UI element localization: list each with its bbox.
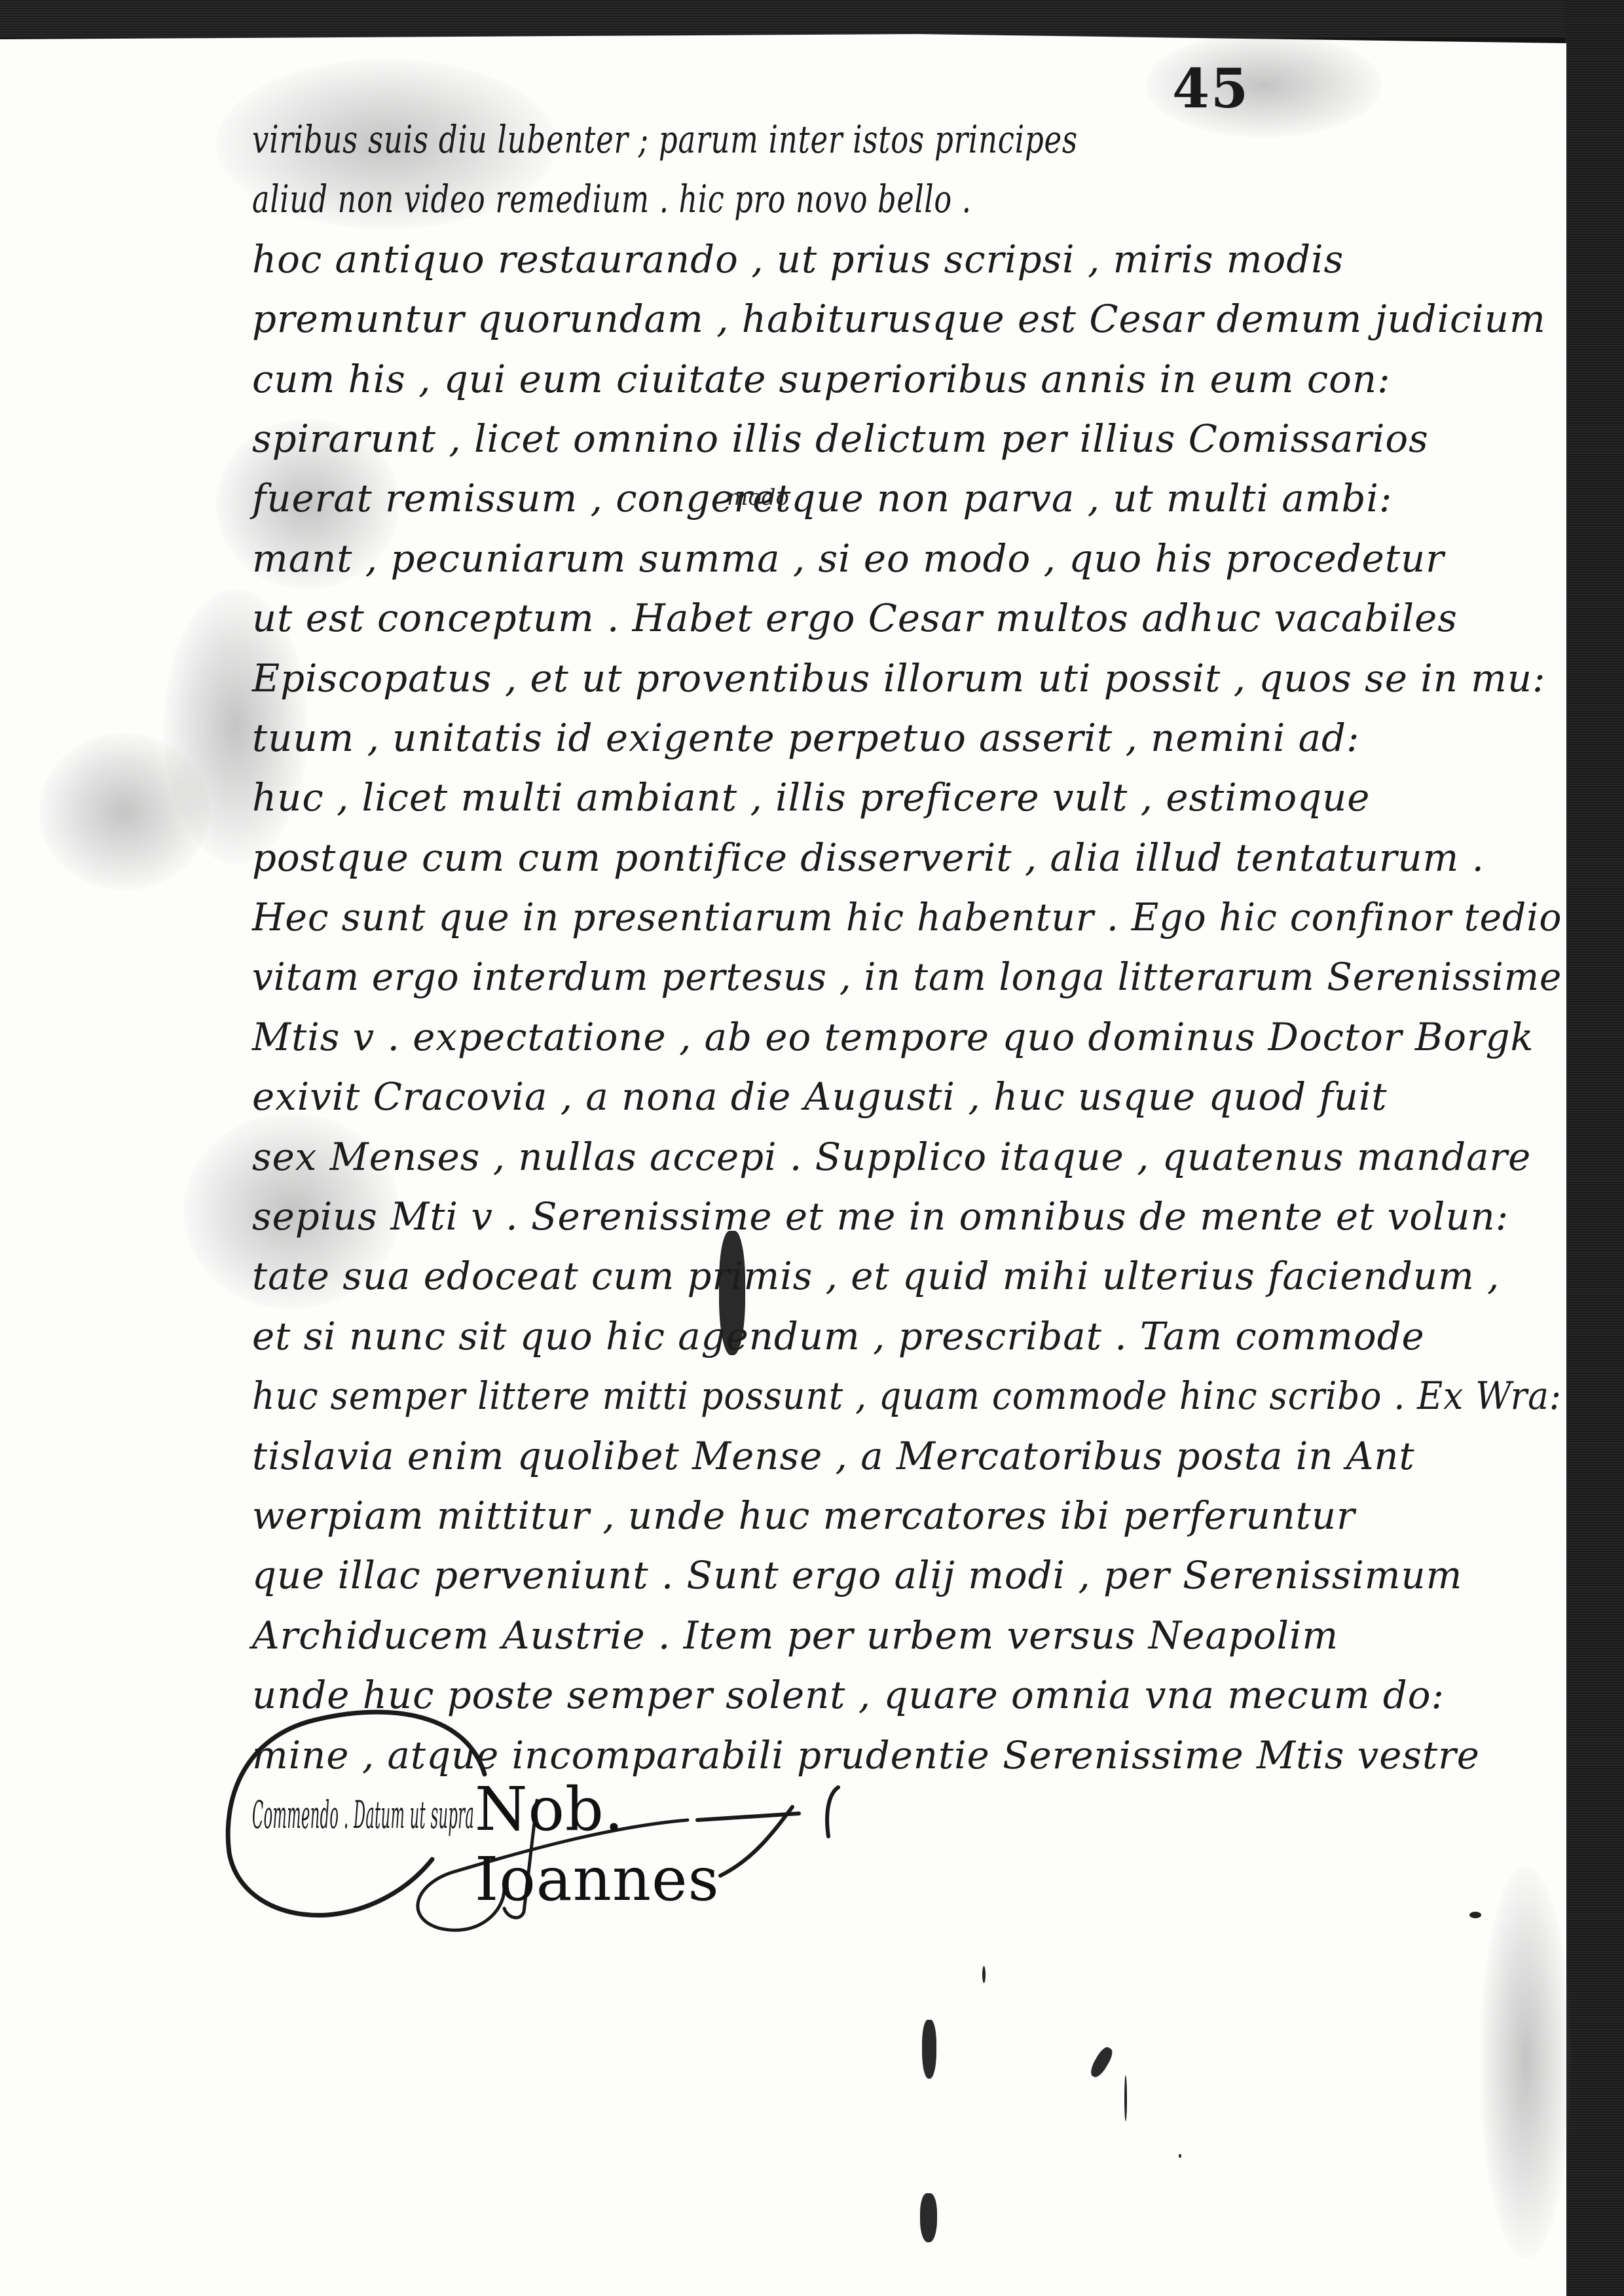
manuscript-line: Hec sunt que in presentiarum hic habentu… — [252, 888, 1538, 947]
scan-border-right — [1565, 0, 1624, 2296]
manuscript-line: spirarunt , licet omnino illis delictum … — [252, 409, 1562, 469]
manuscript-line: Episcopatus , et ut proventibus illorum … — [252, 649, 1562, 708]
manuscript-line: sex Menses , nullas accepi . Supplico it… — [252, 1127, 1562, 1187]
manuscript-line: postque cum cum pontifice disserverit , … — [252, 828, 1562, 888]
signature-name: Nob. Ioannes — [475, 1774, 884, 1914]
manuscript-line: vitam ergo interdum pertesus , in tam lo… — [252, 947, 1528, 1007]
manuscript-line: cum his , qui eum ciuitate superioribus … — [252, 350, 1562, 409]
manuscript-line: ut est conceptum . Habet ergo Cesar mult… — [252, 589, 1562, 648]
manuscript-line: premuntur quorundam , habiturusque est C… — [252, 289, 1562, 349]
manuscript-line: tislavia enim quolibet Mense , a Mercato… — [252, 1427, 1562, 1486]
letter-body: viribus suis diu lubenter ; parum inter … — [252, 110, 1568, 1845]
manuscript-line: et si nunc sit quo hic agendum , prescri… — [252, 1307, 1562, 1366]
manuscript-line: exivit Cracovia , a nona die Augusti , h… — [252, 1067, 1562, 1127]
ink-blot-lower-2 — [920, 2193, 937, 2242]
manuscript-line: tuum , unitatis id exigente perpetuo ass… — [252, 708, 1562, 768]
manuscript-line: Mtis v . expectatione , ab eo tempore qu… — [252, 1008, 1562, 1067]
manuscript-line: hoc antiquo restaurando , ut prius scrip… — [252, 230, 1562, 289]
scan-border-top — [0, 0, 1624, 38]
manuscript-line: aliud non video remedium . hic pro novo … — [252, 170, 1261, 229]
manuscript-line: mant , pecuniarum summa , si eo modo , q… — [252, 529, 1562, 589]
interlinear-correction: modo — [727, 484, 789, 511]
speck — [1179, 2154, 1181, 2158]
manuscript-line: werpiam mittitur , unde huc mercatores i… — [252, 1486, 1562, 1546]
manuscript-line: huc semper littere mitti possunt , quam … — [252, 1366, 1466, 1426]
speck — [1469, 1912, 1481, 1918]
manuscript-line: sepius Mti v . Serenissime et me in omni… — [252, 1187, 1562, 1247]
signature: Nob. Ioannes — [216, 1696, 884, 1944]
manuscript-line: fuerat remissum , congeretque non parva … — [252, 469, 1562, 528]
manuscript-line: que illac perveniunt . Sunt ergo alij mo… — [252, 1546, 1562, 1605]
ink-blot-lower-1 — [922, 2020, 936, 2079]
manuscript-line: Archiducem Austrie . Item per urbem vers… — [252, 1606, 1562, 1666]
speck — [982, 1966, 986, 1983]
manuscript-line: viribus suis diu lubenter ; parum inter … — [252, 110, 1274, 170]
speck — [1124, 2075, 1127, 2121]
manuscript-line: tate sua edoceat cum primis , et quid mi… — [252, 1247, 1562, 1306]
manuscript-line: huc , licet multi ambiant , illis prefic… — [252, 768, 1562, 828]
